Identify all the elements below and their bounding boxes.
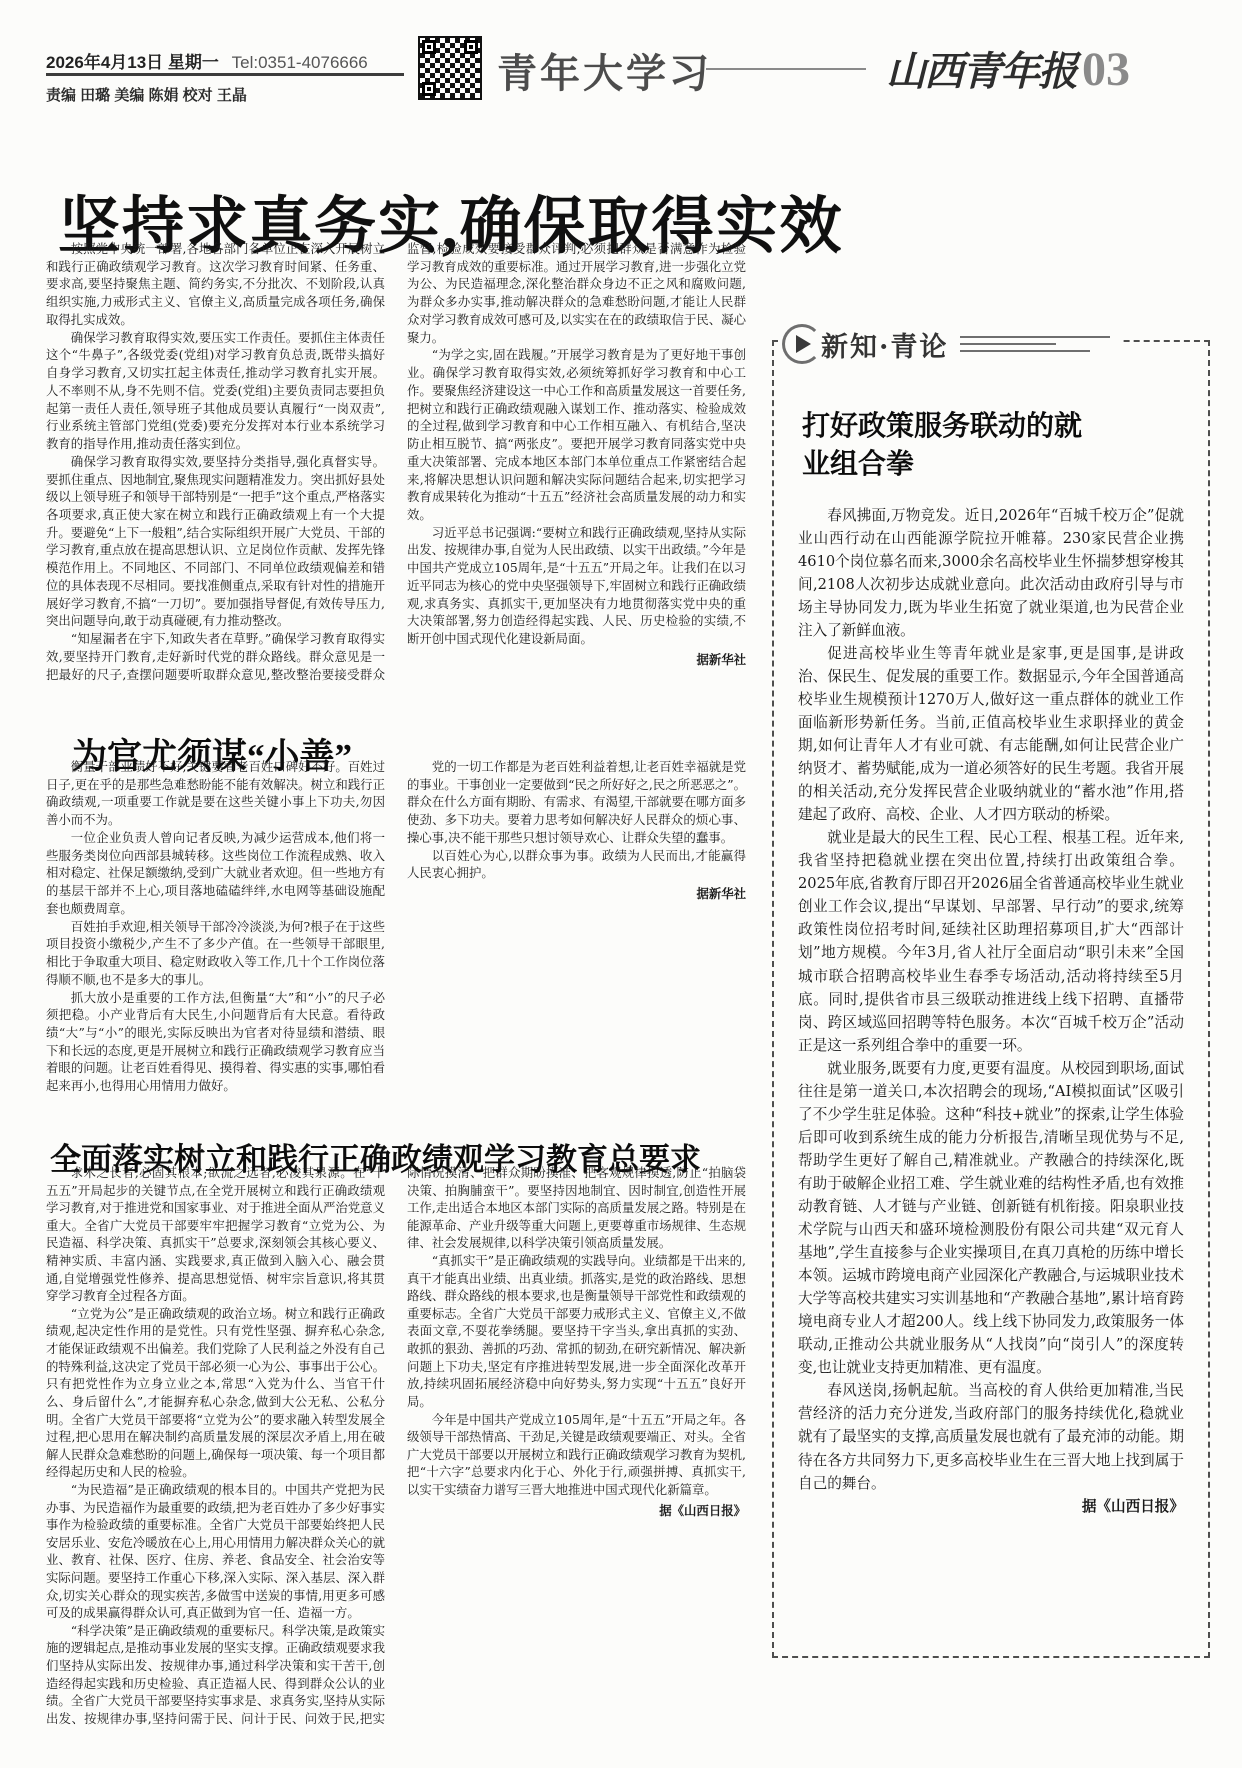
paragraph: “立党为公”是正确政绩观的政治立场。树立和践行正确政绩观,起决定性作用的是党性。…: [46, 1305, 385, 1481]
column-badge-label: 新知·青论: [821, 325, 948, 364]
paragraph: 习近平总书记强调:“要树立和践行正确政绩观,坚持从实际出发、按规律办事,自觉为人…: [407, 524, 746, 648]
paragraph: 一位企业负责人曾向记者反映,为减少运营成本,他们将一些服务类岗位向西部县城转移。…: [46, 829, 385, 918]
article-3-source: 据《山西日报》: [407, 1502, 746, 1520]
paragraph: 衡量干部业绩好不好,关键要看老百姓口碑好不好。百姓过日子,更在乎的是那些急难愁盼…: [46, 758, 385, 829]
sidebar-box: 新知·青论 打好政策服务联动的就业组合拳 春风拂面,万物竞发。近日,2026年“…: [772, 340, 1210, 1658]
sidebar-source: 据《山西日报》: [798, 1495, 1184, 1518]
paragraph: “为学之实,固在践履。”开展学习教育是为了更好地干事创业。确保学习教育取得实效,…: [407, 346, 746, 523]
sidebar-article-body: 春风拂面,万物竞发。近日,2026年“百城千校万企”促就业山西行动在山西能源学院…: [798, 504, 1184, 1518]
date-line: 2026年4月13日 星期一 Tel:0351-4076666: [46, 48, 368, 73]
editors-line: 责编 田璐 美编 陈娟 校对 王晶: [46, 84, 247, 105]
article-1-source: 据新华社: [407, 651, 746, 669]
decorative-lines-icon: [960, 336, 1110, 352]
paragraph: “为民造福”是正确政绩观的根本目的。中国共产党把为民办事、为民造福作为最重要的政…: [46, 1481, 385, 1622]
masthead: 山西青年报 03: [886, 40, 1130, 97]
paragraph: 促进高校毕业生等青年就业是家事,更是国事,是讲政治、保民生、促发展的重要工作。数…: [798, 642, 1184, 826]
paragraph: 今年是中国共产党成立105周年,是“十五五”开局之年。各级领导干部热情高、干劲足…: [407, 1411, 746, 1499]
newspaper-page: 2026年4月13日 星期一 Tel:0351-4076666 责编 田璐 美编…: [0, 0, 1242, 1768]
paragraph: 就业服务,既要有力度,更要有温度。从校园到职场,面试往往是第一道关口,本次招聘会…: [798, 1057, 1184, 1380]
paragraph: 百姓拍手欢迎,相关领导干部冷冷淡淡,为何?根子在于这些项目投资小缴税少,产生不了…: [46, 918, 385, 989]
paragraph: 以百姓心为心,以群众事为事。政绩为人民而出,才能赢得人民衷心拥护。: [407, 847, 746, 882]
paragraph: 抓大放小是重要的工作方法,但衡量“大”和“小”的尺子必须把稳。小产业背后有大民生…: [46, 989, 385, 1095]
article-2-source: 据新华社: [407, 885, 746, 903]
date: 2026年4月13日 星期一: [46, 53, 219, 72]
paper-name: 山西青年报: [886, 40, 1076, 97]
page-number: 03: [1082, 42, 1130, 97]
section-title: 青年大学习: [497, 42, 712, 99]
paragraph: 确保学习教育取得实效,要压实工作责任。要抓住主体责任这个“牛鼻子”,各级党委(党…: [46, 329, 385, 453]
paragraph: 春风送岗,扬帆起航。当高校的育人供给更加精准,当民营经济的活力充分迸发,当政府部…: [798, 1379, 1184, 1494]
article-2-body: 衡量干部业绩好不好,关键要看老百姓口碑好不好。百姓过日子,更在乎的是那些急难愁盼…: [46, 758, 746, 1098]
article-3-body: 求木之长者,必固其根本;欲流之远者,必浚其泉源。在“十五五”开局起步的关键节点,…: [46, 1164, 746, 1732]
arc-decoration: [782, 324, 822, 364]
paragraph: 按照党中央统一部署,各地各部门各单位正在深入开展树立和践行正确政绩观学习教育。这…: [46, 240, 385, 329]
header-rule: [46, 73, 404, 76]
paragraph: 春风拂面,万物竞发。近日,2026年“百城千校万企”促就业山西行动在山西能源学院…: [798, 504, 1184, 642]
sidebar-article-title: 打好政策服务联动的就业组合拳: [802, 408, 1102, 484]
paragraph: 党的一切工作都是为老百姓利益着想,让老百姓幸福就是党的事业。干事创业一定要做到“…: [407, 758, 746, 847]
telephone: Tel:0351-4076666: [232, 53, 368, 72]
paragraph: 确保学习教育取得实效,要坚持分类指导,强化真督实导。要抓住重点、因地制宜,聚焦现…: [46, 453, 385, 630]
article-1-body: 按照党中央统一部署,各地各部门各单位正在深入开展树立和践行正确政绩观学习教育。这…: [46, 240, 746, 700]
qr-code-icon: [418, 36, 482, 100]
column-badge: 新知·青论: [780, 318, 1120, 370]
paragraph: 求木之长者,必固其根本;欲流之远者,必浚其泉源。在“十五五”开局起步的关键节点,…: [46, 1164, 385, 1305]
paragraph: “真抓实干”是正确政绩观的实践导向。业绩都是干出来的,真干才能真出业绩、出真业绩…: [407, 1252, 746, 1410]
header-divider: [706, 68, 866, 70]
paragraph: 就业是最大的民生工程、民心工程、根基工程。近年来,我省坚持把稳就业摆在突出位置,…: [798, 826, 1184, 1056]
